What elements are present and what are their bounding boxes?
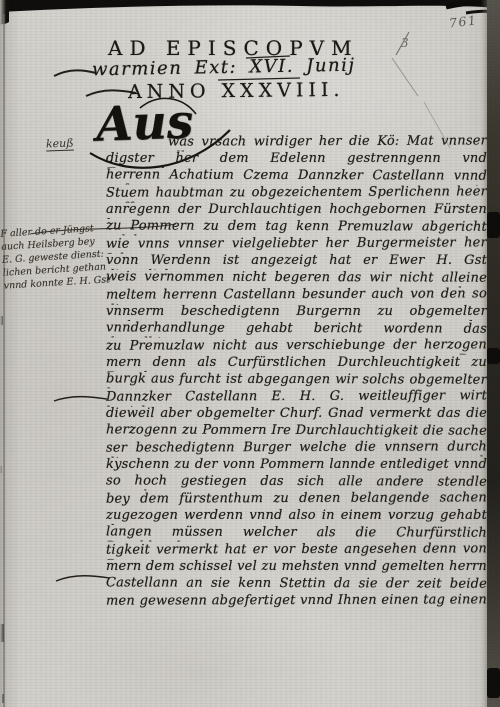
margin-word: keuß: [46, 137, 74, 151]
corner-mark: 3: [401, 36, 409, 50]
body-text-line: men gewesenn abgefertiget vnnd Ihnen ein…: [106, 592, 487, 610]
line-swash-27: [56, 576, 110, 581]
body-text-line: so hoch gestiegen das sich alle andere s…: [106, 473, 487, 491]
body-text-line: mern denn als Curfürstlichen Durchleucht…: [106, 355, 487, 372]
body-text-line: tigkeit vermerkt hat er vor beste angese…: [106, 541, 487, 559]
top-edge-shadow: [0, 0, 500, 12]
body-text-line: Dannzker Castellann E. H. G. weitleuffig…: [106, 388, 487, 406]
body-text-line: weis vernommen nicht begeren das wir nic…: [106, 269, 487, 287]
body-text-line: vnnserm beschedigtenn Burgernn zu obgeme…: [106, 304, 487, 321]
body-text-line: was vrsach wirdiger her die Kö: Mat vnns…: [168, 133, 487, 151]
body-text-line: Stuem haubtman zu obgezeichentem Sperlic…: [106, 184, 487, 202]
body-text-line: wie vnns vnnser vielgeliebter her Burger…: [106, 235, 487, 253]
body-text-line: burgk aus furcht ist abgegangen wir solc…: [106, 371, 487, 389]
scratch-line: [392, 58, 418, 96]
line-swash-17: [54, 397, 107, 401]
right-page-edge: [487, 0, 500, 707]
body-text-line: herzogenn zu Pommern Ire Durchlauchtigke…: [106, 422, 487, 440]
body-text-line: meltem herrenn Castellann besunder auch …: [106, 286, 487, 304]
body-text-line: zu Premuzlaw nicht aus verschiebunge der…: [106, 337, 487, 355]
body-text-line: zugezogen werdenn vnnd also in einem vor…: [106, 508, 487, 525]
body-text-line: vnnderhandlunge gehabt bericht wordenn d…: [106, 320, 487, 338]
folio-number: 761: [448, 12, 478, 30]
body-text-line: langen müssen welcher als die Churfürstl…: [106, 524, 487, 542]
body-text-line: digster her dem Edelenn gestrenngenn vnd…: [106, 151, 487, 168]
body-text-line: mern dem schissel vel zu mehsten vnnd ge…: [106, 559, 487, 576]
manuscript-page: 761 3 AD EPISCOPVM warmien Ext: XVI. Jun…: [0, 0, 500, 707]
right-edge-blot-2: [487, 348, 500, 364]
header-swash-2: [54, 70, 96, 76]
body-text-line: dieweil aber obgemelter Churf. Gnad verm…: [106, 406, 487, 423]
left-page-edge: [0, 0, 6, 707]
body-text-line: vonn Werdenn ist angezeigt hat er Ewer H…: [106, 253, 487, 270]
body-text-line: bey dem fürstenthum zu denen belangende …: [106, 490, 487, 508]
right-edge-blot-3: [487, 668, 500, 698]
body-text-line: zu Pommern zu dem tag kenn Premuzlaw abg…: [106, 218, 487, 236]
body-text-line: ser beschedigtenn Burger welche die vnns…: [106, 439, 487, 457]
body-text-line: anregenn der Durchlauchtigen hochgeborne…: [106, 202, 487, 219]
body-text-line: Castellann an sie kenn Stettin da sie de…: [106, 575, 487, 593]
body-text: was vrsach wirdiger her die Kö: Mat vnns…: [106, 134, 487, 610]
body-text-line: herrenn Achatium Czema Dannzker Castella…: [106, 167, 487, 185]
header-line-2: warmien Ext: XVI. Junij: [92, 55, 356, 81]
body-text-line: kyschenn zu der vonn Pommern lannde entl…: [106, 457, 487, 474]
margin-note: F aller do er Jüngstauch Heilsberg beyE.…: [0, 220, 128, 292]
right-edge-blot: [487, 212, 500, 238]
